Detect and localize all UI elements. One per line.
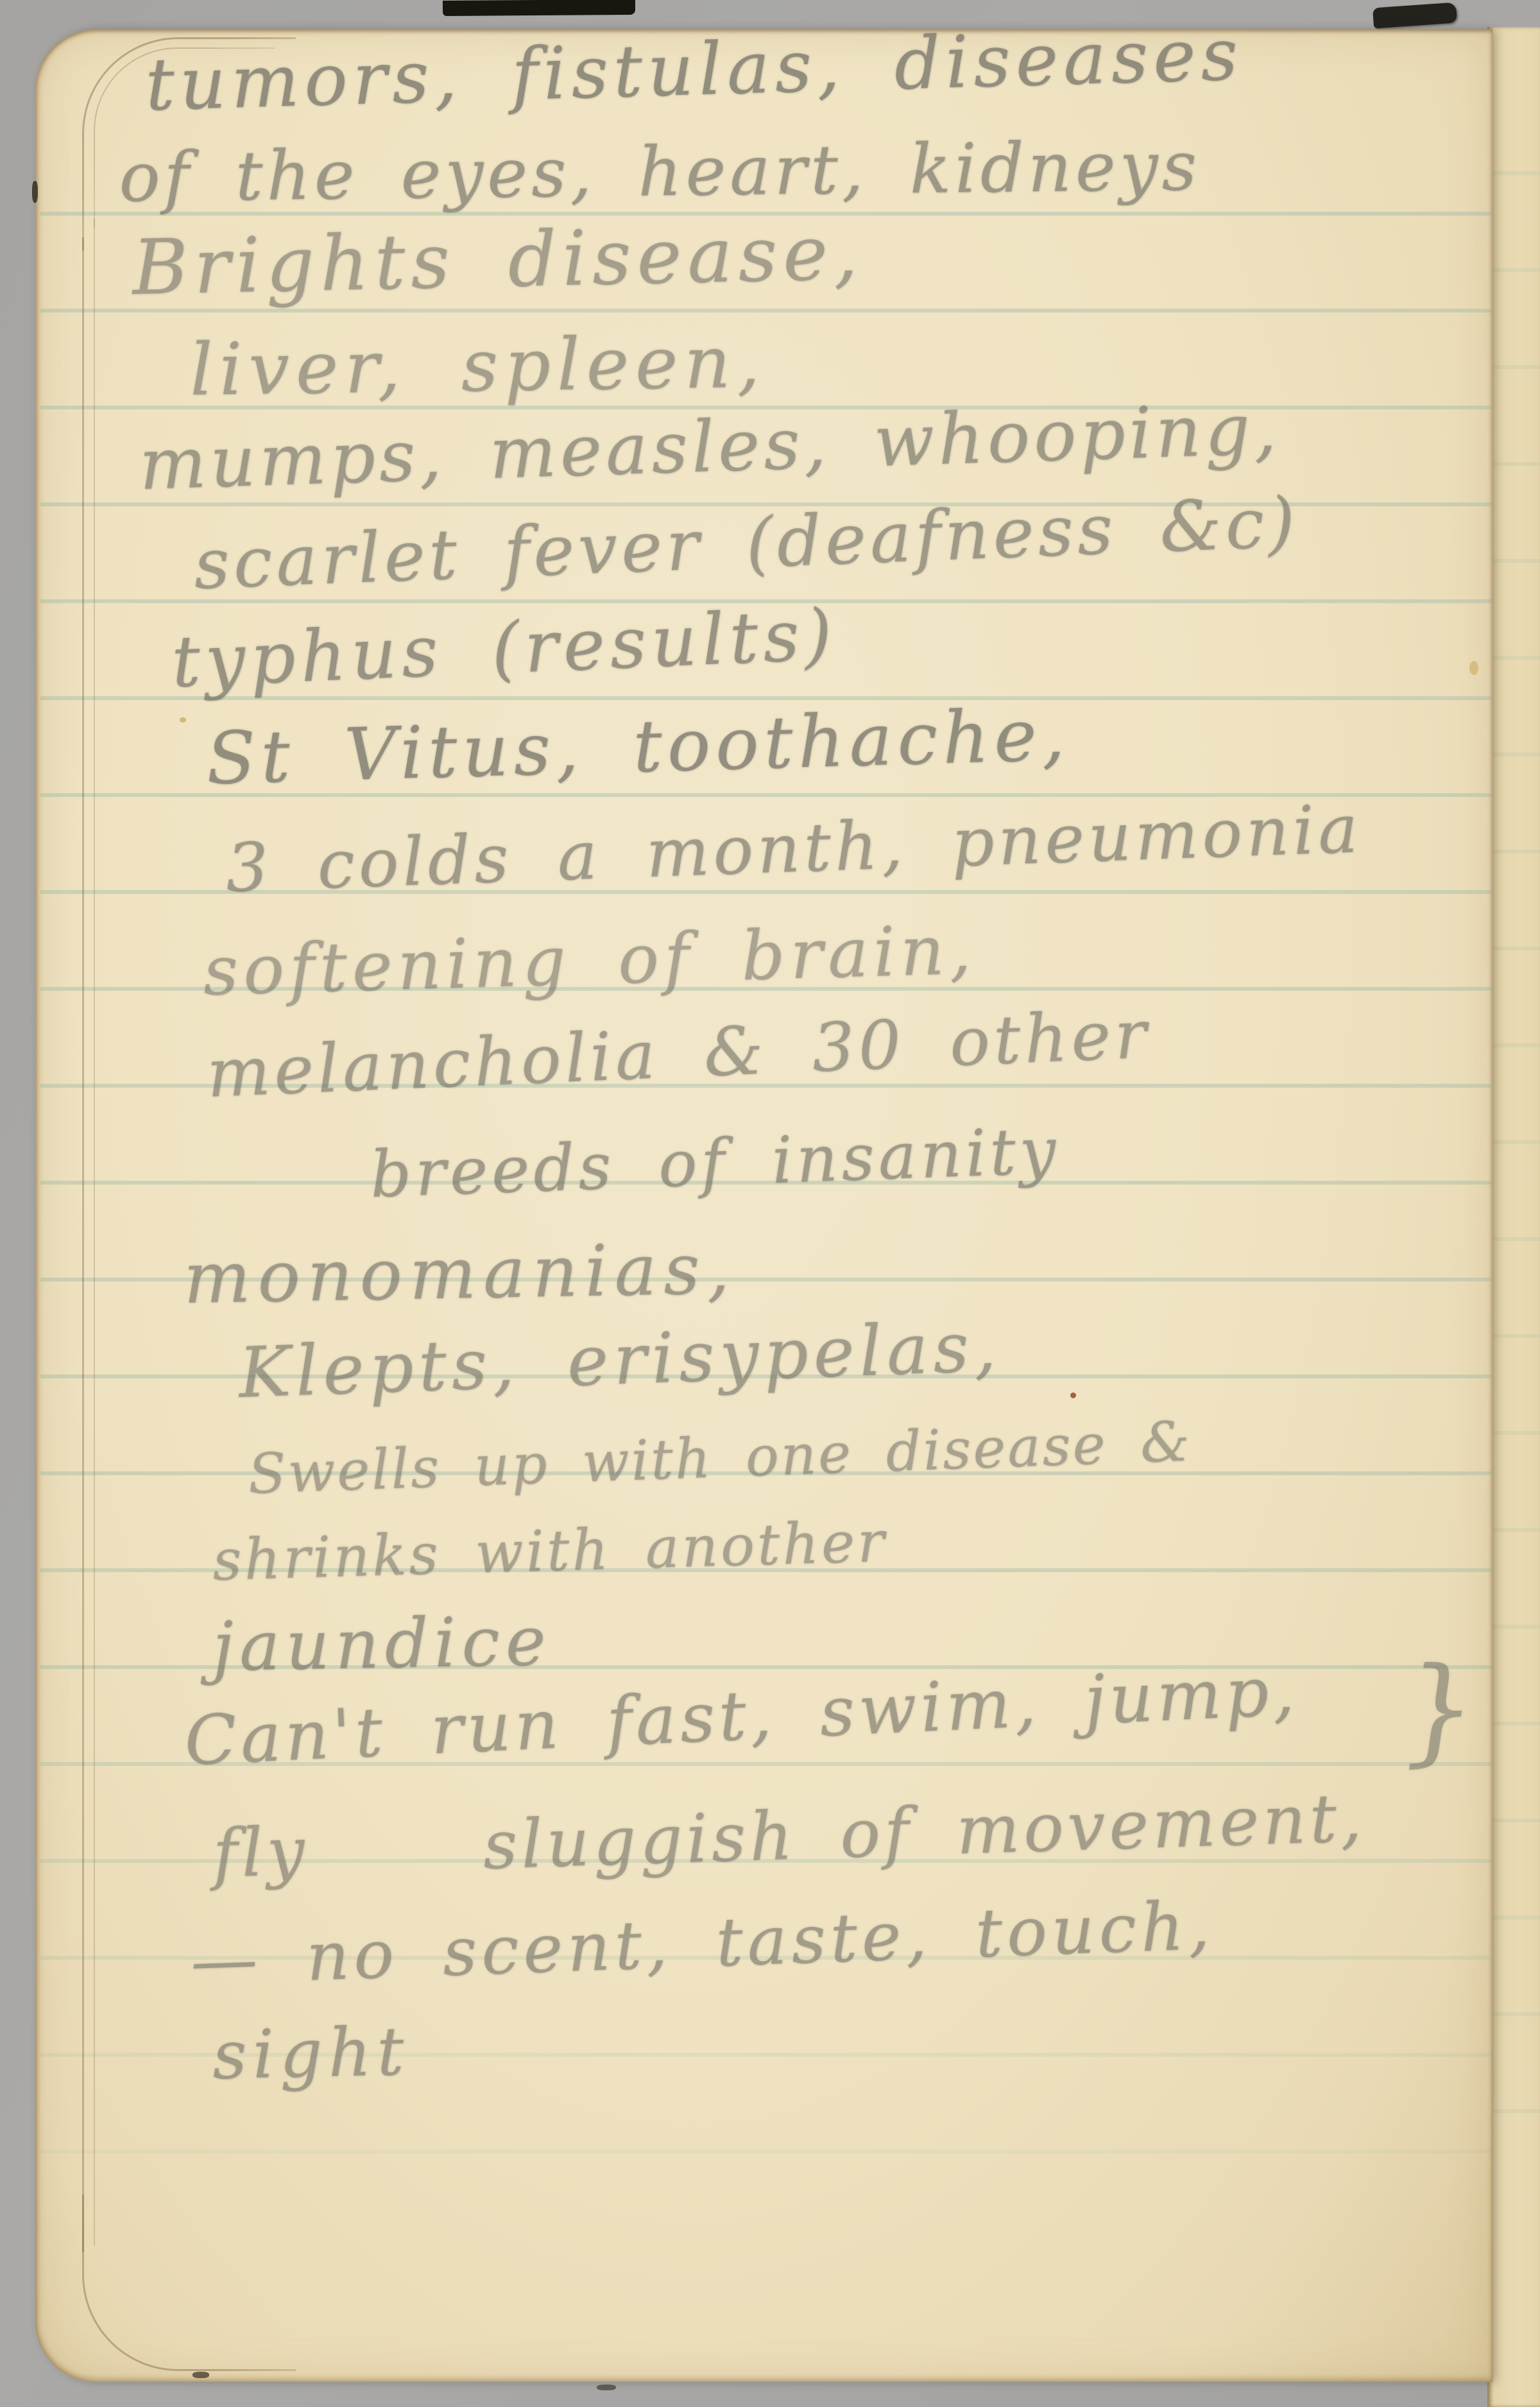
- brace-mark: }: [1399, 1641, 1479, 1779]
- binding-fragment-icon: [443, 0, 635, 16]
- page-edge-speck: [193, 2372, 209, 2378]
- foxing-speck: [1070, 1392, 1076, 1398]
- page-edge-line: [94, 218, 95, 2246]
- page-edge-line: [82, 237, 84, 2252]
- page-edge-speck: [32, 181, 38, 203]
- handwritten-line: of the eyes, heart, kidneys: [119, 126, 1201, 217]
- handwritten-line: monomanias,: [183, 1228, 737, 1319]
- handwritten-line: sight: [212, 2012, 410, 2094]
- foxing-speck: [1469, 661, 1478, 675]
- scanned-notebook-photo: tumors, fistulas, diseases of the eyes, …: [0, 0, 1540, 2407]
- handwritten-line: jaundice: [212, 1602, 552, 1686]
- facing-page-ruled-lines: [1487, 78, 1540, 2196]
- handwritten-line: Brights disease,: [132, 208, 864, 312]
- page-edge-line: [82, 2195, 296, 2371]
- foxing-speck: [180, 717, 186, 723]
- page-edge-speck: [597, 2385, 616, 2390]
- handwritten-line: liver, spleen,: [189, 320, 767, 412]
- binding-fragment-icon: [1373, 3, 1457, 29]
- facing-page-edge: [1487, 27, 1540, 2407]
